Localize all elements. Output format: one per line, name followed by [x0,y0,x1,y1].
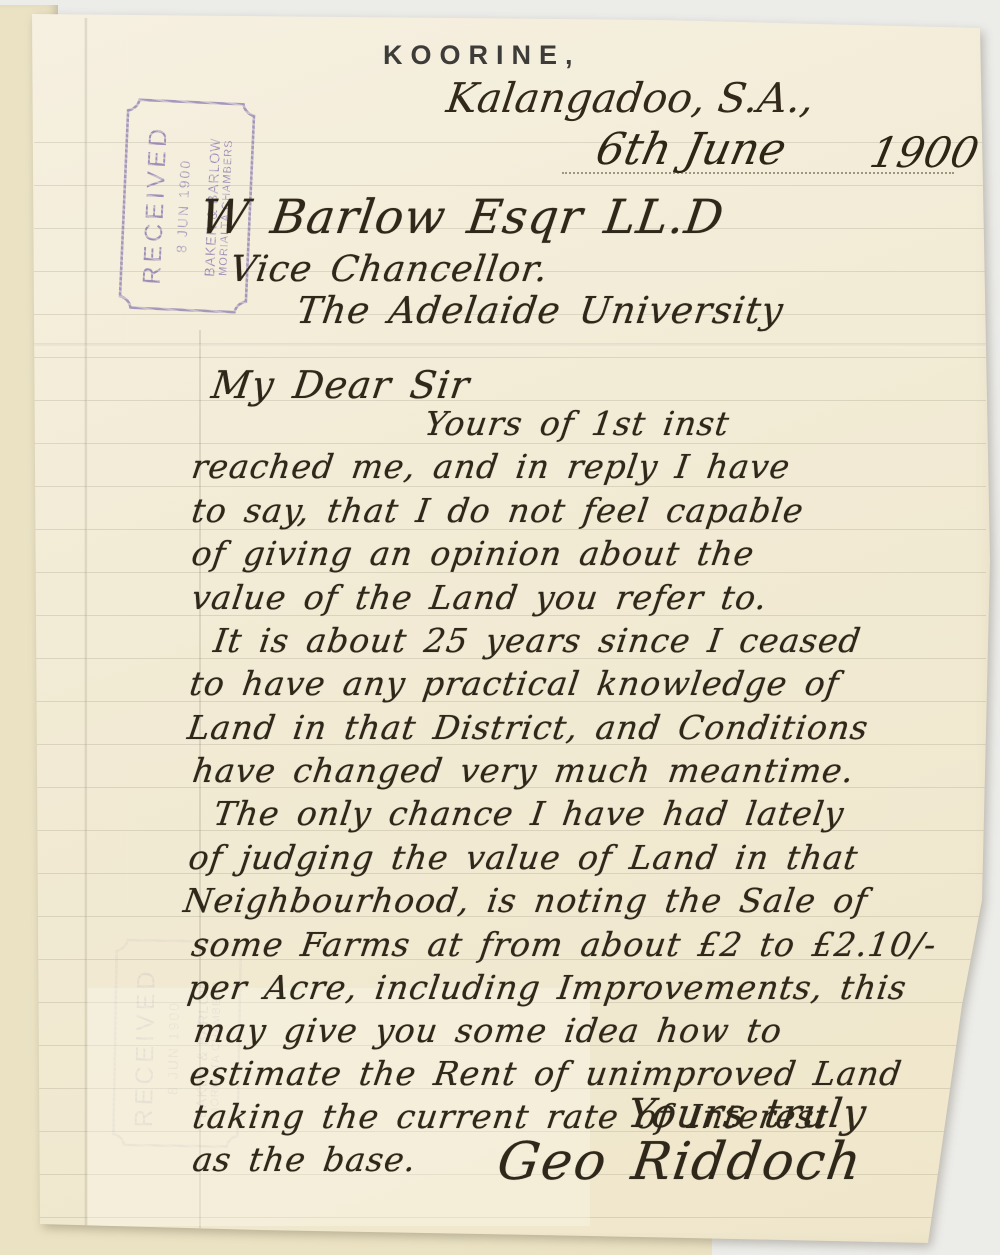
handwriting-line: of judging the value of Land in that [187,841,861,874]
recipient-name: W Barlow Esqr LL.D [197,194,727,241]
recipient-title: Vice Chancellor. [227,252,550,288]
handwriting-line: of giving an opinion about the [190,537,757,570]
letter-page-wrapper: KOORINE, Kalangadoo, S.A., 6th June 1900… [0,0,1000,1255]
signature: Geo Riddoch [494,1136,866,1188]
valediction: Yours truly [625,1094,869,1134]
handwriting-line: Yours of 1st inst [423,407,732,440]
handwritten-date: 6th June [592,124,791,175]
handwriting-line: reached me, and in reply I have [190,450,793,483]
handwriting-line: to say, that I do not feel capable [190,494,806,527]
handwriting-line: have changed very much meantime. [191,754,857,787]
ghost-stamp-received-label: RECEIVED [129,943,161,1151]
letterhead-locality: Kalangadoo, S.A., [444,74,817,122]
handwriting-line: Land in that District, and Conditions [186,711,871,744]
handwritten-year: 1900 [866,128,983,177]
recipient-organisation: The Adelaide University [294,292,786,329]
ghost-stamp-date: 8 JUN 1900 [163,944,183,1152]
stamp-date: 8 JUN 1900 [170,102,195,311]
horizontal-fold-crease [30,343,988,348]
handwriting-line: some Farms at from about £2 to £2.10/- [190,928,939,961]
salutation: My Dear Sir [209,366,472,404]
handwriting-line: as the base. [191,1143,419,1176]
handwriting-line: per Acre, including Improvements, this [186,971,909,1004]
handwriting-line: estimate the Rent of unimproved Land [188,1057,905,1090]
letterhead-station-name: KOORINE, [383,40,581,71]
letter-page: KOORINE, Kalangadoo, S.A., 6th June 1900… [0,0,1000,1255]
handwriting-line: may give you some idea how to [192,1014,785,1047]
handwriting-line: value of the Land you refer to. [190,581,770,614]
handwriting-line: It is about 25 years since I ceased [212,624,864,657]
handwriting-line: Neighbourhood, is noting the Sale of [182,884,870,917]
scanned-letter-document: KOORINE, Kalangadoo, S.A., 6th June 1900… [0,0,1000,1255]
handwriting-line: to have any practical knowledge of [188,667,842,700]
handwriting-line: The only chance I have had lately [212,797,847,830]
